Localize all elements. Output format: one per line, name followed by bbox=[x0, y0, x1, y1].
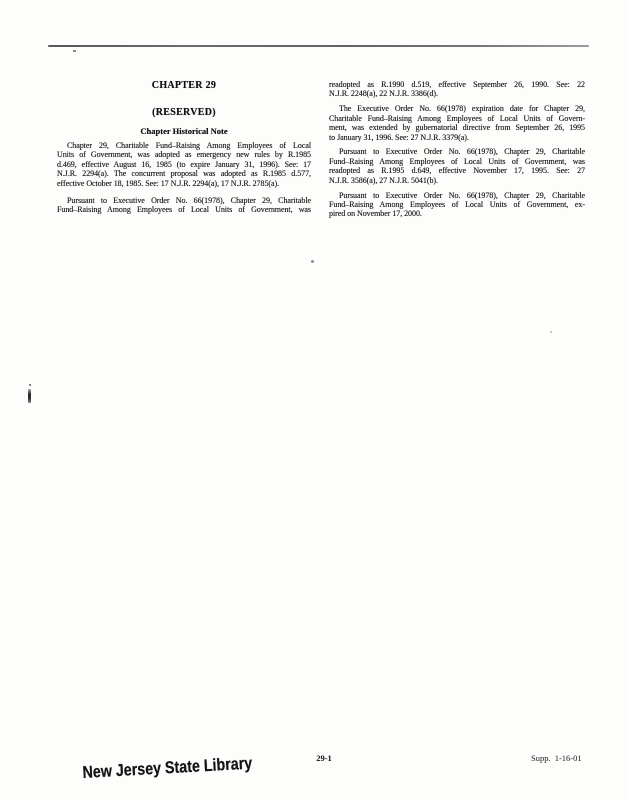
scan-speck bbox=[550, 331, 552, 333]
paragraph-right-1: readopted as R.1990 d.519, effective Sep… bbox=[329, 80, 585, 99]
document-page: CHAPTER 29 (RESERVED) Chapter Historical… bbox=[0, 0, 628, 800]
text-line: Chapter 29, Charitable Fund–Raising Amon… bbox=[57, 141, 311, 150]
left-column: Chapter 29, Charitable Fund–Raising Amon… bbox=[57, 141, 311, 214]
text-line: pired on November 17, 2000. bbox=[329, 209, 585, 218]
text-line: Pursuant to Executive Order No. 66(1978)… bbox=[57, 196, 311, 205]
historical-note-heading: Chapter Historical Note bbox=[57, 126, 311, 136]
text-line: Pursuant to Executive Order No. 66(1978)… bbox=[329, 147, 585, 156]
scan-speck bbox=[73, 50, 76, 52]
text-line: N.J.R. 2294(a). The concurrent proposal … bbox=[57, 169, 311, 178]
scan-margin-mark bbox=[28, 389, 31, 403]
text-line: Pursuant to Executive Order No. 66(1978)… bbox=[329, 191, 585, 200]
text-line: The Executive Order No. 66(1978) expirat… bbox=[329, 104, 585, 113]
text-line: ment, was extended by gubernatorial dire… bbox=[329, 123, 585, 132]
text-line: readopted as R.1995 d.649, effective Nov… bbox=[329, 166, 585, 175]
text-line: Fund–Raising Among Employees of Local Un… bbox=[57, 205, 311, 214]
scan-speck bbox=[311, 260, 314, 263]
supplement-label: Supp. 1-16-01 bbox=[531, 753, 582, 763]
scan-edge-line bbox=[48, 45, 589, 47]
paragraph-left-1: Chapter 29, Charitable Fund–Raising Amon… bbox=[57, 141, 311, 188]
library-stamp: New Jersey State Library bbox=[82, 754, 253, 783]
page-number: 29-1 bbox=[308, 753, 340, 763]
right-column: readopted as R.1990 d.519, effective Sep… bbox=[329, 80, 585, 219]
paragraph-right-4: Pursuant to Executive Order No. 66(1978)… bbox=[329, 191, 585, 219]
text-line: effective October 18, 1985. See: 17 N.J.… bbox=[57, 179, 311, 188]
text-line: N.J.R. 3586(a), 27 N.J.R. 5041(b). bbox=[329, 176, 585, 185]
text-line: readopted as R.1990 d.519, effective Sep… bbox=[329, 80, 585, 89]
text-line: Charitable Fund–Raising Among Employees … bbox=[329, 114, 585, 123]
text-line: N.J.R. 2248(a), 22 N.J.R. 3386(d). bbox=[329, 89, 585, 98]
scan-speck bbox=[29, 384, 31, 386]
chapter-heading: CHAPTER 29 bbox=[57, 80, 311, 91]
reserved-heading: (RESERVED) bbox=[57, 107, 311, 118]
text-line: d.469, effective August 16, 1985 (to exp… bbox=[57, 160, 311, 169]
text-line: Units of Government, was adopted as emer… bbox=[57, 150, 311, 159]
paragraph-left-2: Pursuant to Executive Order No. 66(1978)… bbox=[57, 196, 311, 215]
text-line: Fund–Raising Among Employees of Local Un… bbox=[329, 157, 585, 166]
paragraph-right-2: The Executive Order No. 66(1978) expirat… bbox=[329, 104, 585, 142]
text-line: to January 31, 1996. See: 27 N.J.R. 3379… bbox=[329, 133, 585, 142]
text-line: Fund–Raising Among Employees of Local Un… bbox=[329, 200, 585, 209]
paragraph-right-3: Pursuant to Executive Order No. 66(1978)… bbox=[329, 147, 585, 185]
